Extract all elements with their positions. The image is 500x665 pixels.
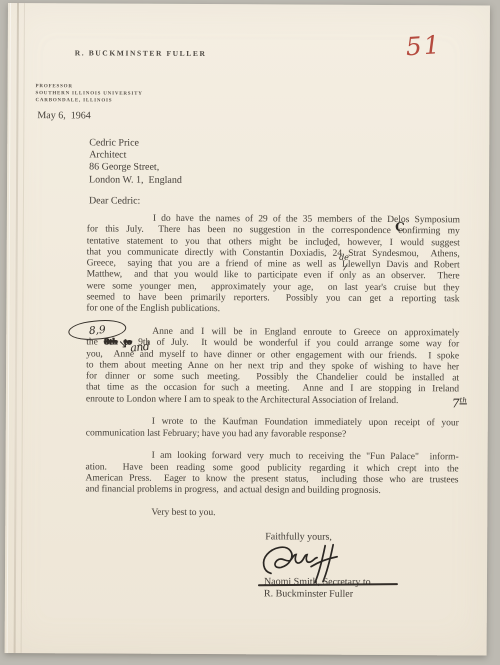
letter-line: and financial problems in progress, and … xyxy=(85,484,458,497)
letter-text: Very best to you. xyxy=(151,506,215,517)
margin-date-annotation: 7th xyxy=(452,396,467,410)
letter-text: confirmingC xyxy=(398,225,440,236)
letter-text: Llewellynde xyxy=(342,259,381,270)
letter-text: as an observer. There xyxy=(356,270,459,282)
pen-correction-mark: ^ xyxy=(324,243,330,254)
letter-line: for one of the English publications. xyxy=(86,303,459,316)
letter-text: Greece, saying that you are a friend of … xyxy=(87,258,342,270)
letter-text: for one of the English publications. xyxy=(86,303,220,315)
margin-day-suffix: th xyxy=(460,396,467,404)
recipient-title: Architect xyxy=(89,150,182,163)
letter-line: Very best to you. xyxy=(85,506,458,519)
salutation: Dear Cedric: xyxy=(89,195,140,206)
letter-text: Davis and Robert xyxy=(380,259,459,270)
margin-day: 7 xyxy=(452,396,460,410)
letter-text: my xyxy=(440,226,460,237)
recipient-city: London W. 1, England xyxy=(89,174,182,187)
letterhead-name: R. BUCKMINSTER FULLER xyxy=(75,48,207,58)
letter-text: that you communicate directly with Const… xyxy=(87,246,327,258)
paper-fold-crease-2 xyxy=(21,3,25,653)
scanned-letter-background: R. BUCKMINSTER FULLER 51 PROFESSOR SOUTH… xyxy=(0,0,500,665)
letter-text: enroute to London where I am to speak to… xyxy=(86,393,398,406)
letter-paper: R. BUCKMINSTER FULLER 51 PROFESSOR SOUTH… xyxy=(5,3,490,656)
circled-pen-annotation-text: 8,9 xyxy=(88,323,106,336)
recipient-street: 86 George Street, xyxy=(89,162,182,175)
letter-line: enroute to London where I am to speak to… xyxy=(86,393,459,406)
handwritten-page-number: 51 xyxy=(405,30,443,61)
letter-line: communication last February; have you ha… xyxy=(86,427,459,440)
pen-scrawled-word: and xyxy=(130,340,150,355)
paper-edge-highlight xyxy=(7,3,11,653)
paper-fold-crease xyxy=(14,3,19,653)
struck-secretary-line: Naomi Smith, Secretary to xyxy=(264,576,371,588)
letter-date: May 6, 1964 xyxy=(37,110,90,121)
valediction: Faithfully yours, xyxy=(265,531,332,542)
letter-text: communication last February; have you ha… xyxy=(86,427,347,439)
letter-text: Matthew, and that you would like to part… xyxy=(87,269,340,281)
letter-text: only/ xyxy=(339,270,356,281)
sender-typed-name: R. Buckminster Fuller xyxy=(264,588,353,599)
letterhead-city: CARBONDALE, ILLINOIS xyxy=(35,97,142,105)
letter-body: I do have the names of 29 of the 35 memb… xyxy=(85,212,460,519)
recipient-address-block: Cedric Price Architect 86 George Street,… xyxy=(89,137,182,186)
letter-text: ^ xyxy=(326,248,332,259)
letterhead-address-block: PROFESSOR SOUTHERN ILLINOIS UNIVERSITY C… xyxy=(35,83,142,105)
recipient-name: Cedric Price xyxy=(89,137,182,150)
letter-text: 24 Strat Syndesmou, Athens, xyxy=(332,248,459,260)
pen-correction-mark: C xyxy=(395,222,405,233)
letter-text: and financial problems in progress, and … xyxy=(85,484,380,497)
pen-arrow-icon: ↘ xyxy=(118,338,127,351)
